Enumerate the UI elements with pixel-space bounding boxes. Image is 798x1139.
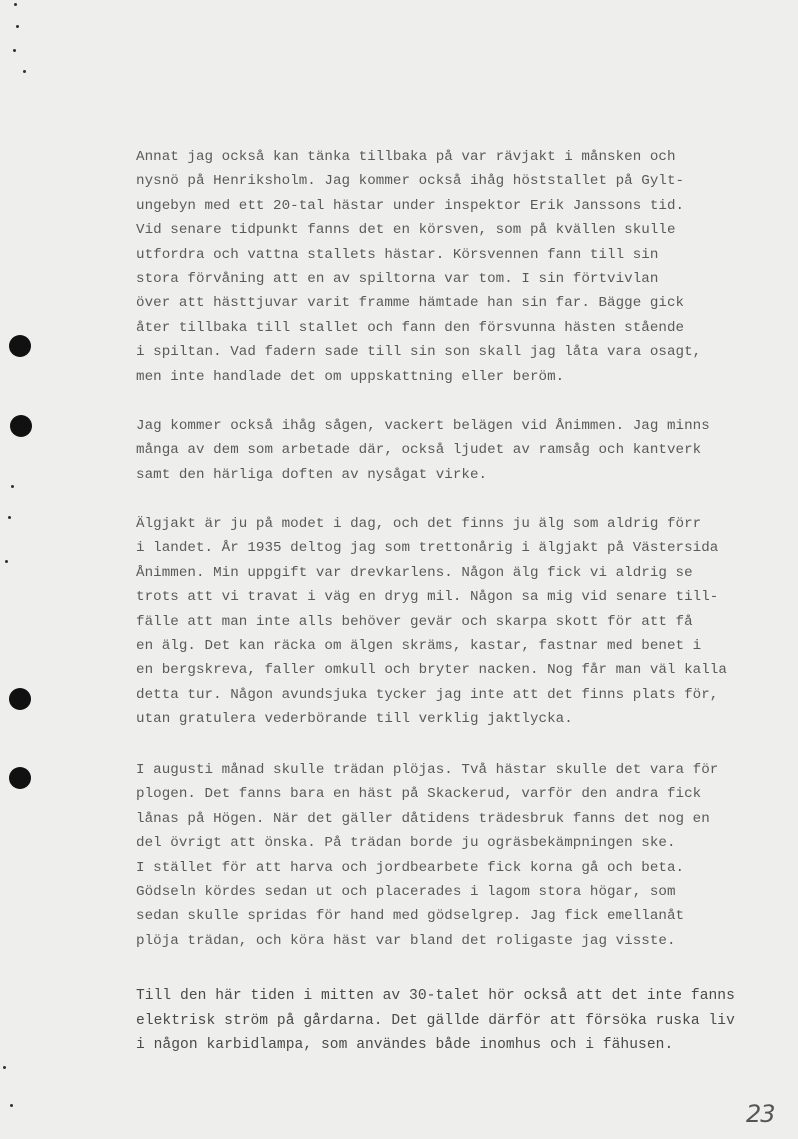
text-line: en älg. Det kan räcka om älgen skräms, k… bbox=[136, 634, 736, 658]
speck bbox=[5, 560, 8, 563]
punch-hole bbox=[9, 688, 31, 710]
paragraph-ravjakt: Annat jag också kan tänka tillbaka på va… bbox=[136, 145, 736, 389]
text-line: elektrisk ström på gårdarna. Det gällde … bbox=[136, 1009, 736, 1034]
text-line: Gödseln kördes sedan ut och placerades i… bbox=[136, 880, 736, 904]
speck bbox=[11, 485, 14, 488]
speck bbox=[14, 3, 17, 6]
text-line: Jag kommer också ihåg sågen, vackert bel… bbox=[136, 414, 736, 438]
document-page: Annat jag också kan tänka tillbaka på va… bbox=[0, 0, 798, 1139]
text-line: I augusti månad skulle trädan plöjas. Tv… bbox=[136, 758, 736, 782]
text-line: I stället för att harva och jordbearbete… bbox=[136, 856, 736, 880]
speck bbox=[10, 1104, 13, 1107]
text-line: Annat jag också kan tänka tillbaka på va… bbox=[136, 145, 736, 169]
text-line: i landet. År 1935 deltog jag som tretton… bbox=[136, 536, 736, 560]
paragraph-karbidlampa: Till den här tiden i mitten av 30-talet … bbox=[136, 984, 736, 1058]
speck bbox=[8, 516, 11, 519]
speck bbox=[23, 70, 26, 73]
text-line: utfordra och vattna stallets hästar. Kör… bbox=[136, 243, 736, 267]
page-number: 23 bbox=[746, 1100, 775, 1128]
text-line: stora förvåning att en av spiltorna var … bbox=[136, 267, 736, 291]
text-line: fälle att man inte alls behöver gevär oc… bbox=[136, 610, 736, 634]
text-line: ungebyn med ett 20-tal hästar under insp… bbox=[136, 194, 736, 218]
punch-hole bbox=[9, 767, 31, 789]
text-line: del övrigt att önska. På trädan borde ju… bbox=[136, 831, 736, 855]
text-line: men inte handlade det om uppskattning el… bbox=[136, 365, 736, 389]
text-line: sedan skulle spridas för hand med gödsel… bbox=[136, 904, 736, 928]
text-line: över att hästtjuvar varit framme hämtade… bbox=[136, 291, 736, 315]
text-line: utan gratulera vederbörande till verklig… bbox=[136, 707, 736, 731]
text-line: i någon karbidlampa, som användes både i… bbox=[136, 1033, 736, 1058]
text-line: åter tillbaka till stallet och fann den … bbox=[136, 316, 736, 340]
punch-hole bbox=[10, 415, 32, 437]
text-line: i spiltan. Vad fadern sade till sin son … bbox=[136, 340, 736, 364]
paragraph-algjakt: Älgjakt är ju på modet i dag, och det fi… bbox=[136, 512, 736, 732]
speck bbox=[3, 1066, 6, 1069]
speck bbox=[13, 49, 16, 52]
text-line: plogen. Det fanns bara en häst på Skacke… bbox=[136, 782, 736, 806]
text-line: Ånimmen. Min uppgift var drevkarlens. Nå… bbox=[136, 561, 736, 585]
punch-hole bbox=[9, 335, 31, 357]
text-line: lånas på Högen. När det gäller dåtidens … bbox=[136, 807, 736, 831]
text-line: nysnö på Henriksholm. Jag kommer också i… bbox=[136, 169, 736, 193]
text-line: detta tur. Någon avundsjuka tycker jag i… bbox=[136, 683, 736, 707]
text-line: Till den här tiden i mitten av 30-talet … bbox=[136, 984, 736, 1009]
text-line: trots att vi travat i väg en dryg mil. N… bbox=[136, 585, 736, 609]
paragraph-sagen: Jag kommer också ihåg sågen, vackert bel… bbox=[136, 414, 736, 487]
text-line: Älgjakt är ju på modet i dag, och det fi… bbox=[136, 512, 736, 536]
text-line: Vid senare tidpunkt fanns det en körsven… bbox=[136, 218, 736, 242]
text-line: många av dem som arbetade där, också lju… bbox=[136, 438, 736, 462]
text-line: plöja trädan, och köra häst var bland de… bbox=[136, 929, 736, 953]
text-line: samt den härliga doften av nysågat virke… bbox=[136, 463, 736, 487]
speck bbox=[16, 25, 19, 28]
paragraph-tradan: I augusti månad skulle trädan plöjas. Tv… bbox=[136, 758, 736, 953]
text-line: en bergskreva, faller omkull och bryter … bbox=[136, 658, 736, 682]
